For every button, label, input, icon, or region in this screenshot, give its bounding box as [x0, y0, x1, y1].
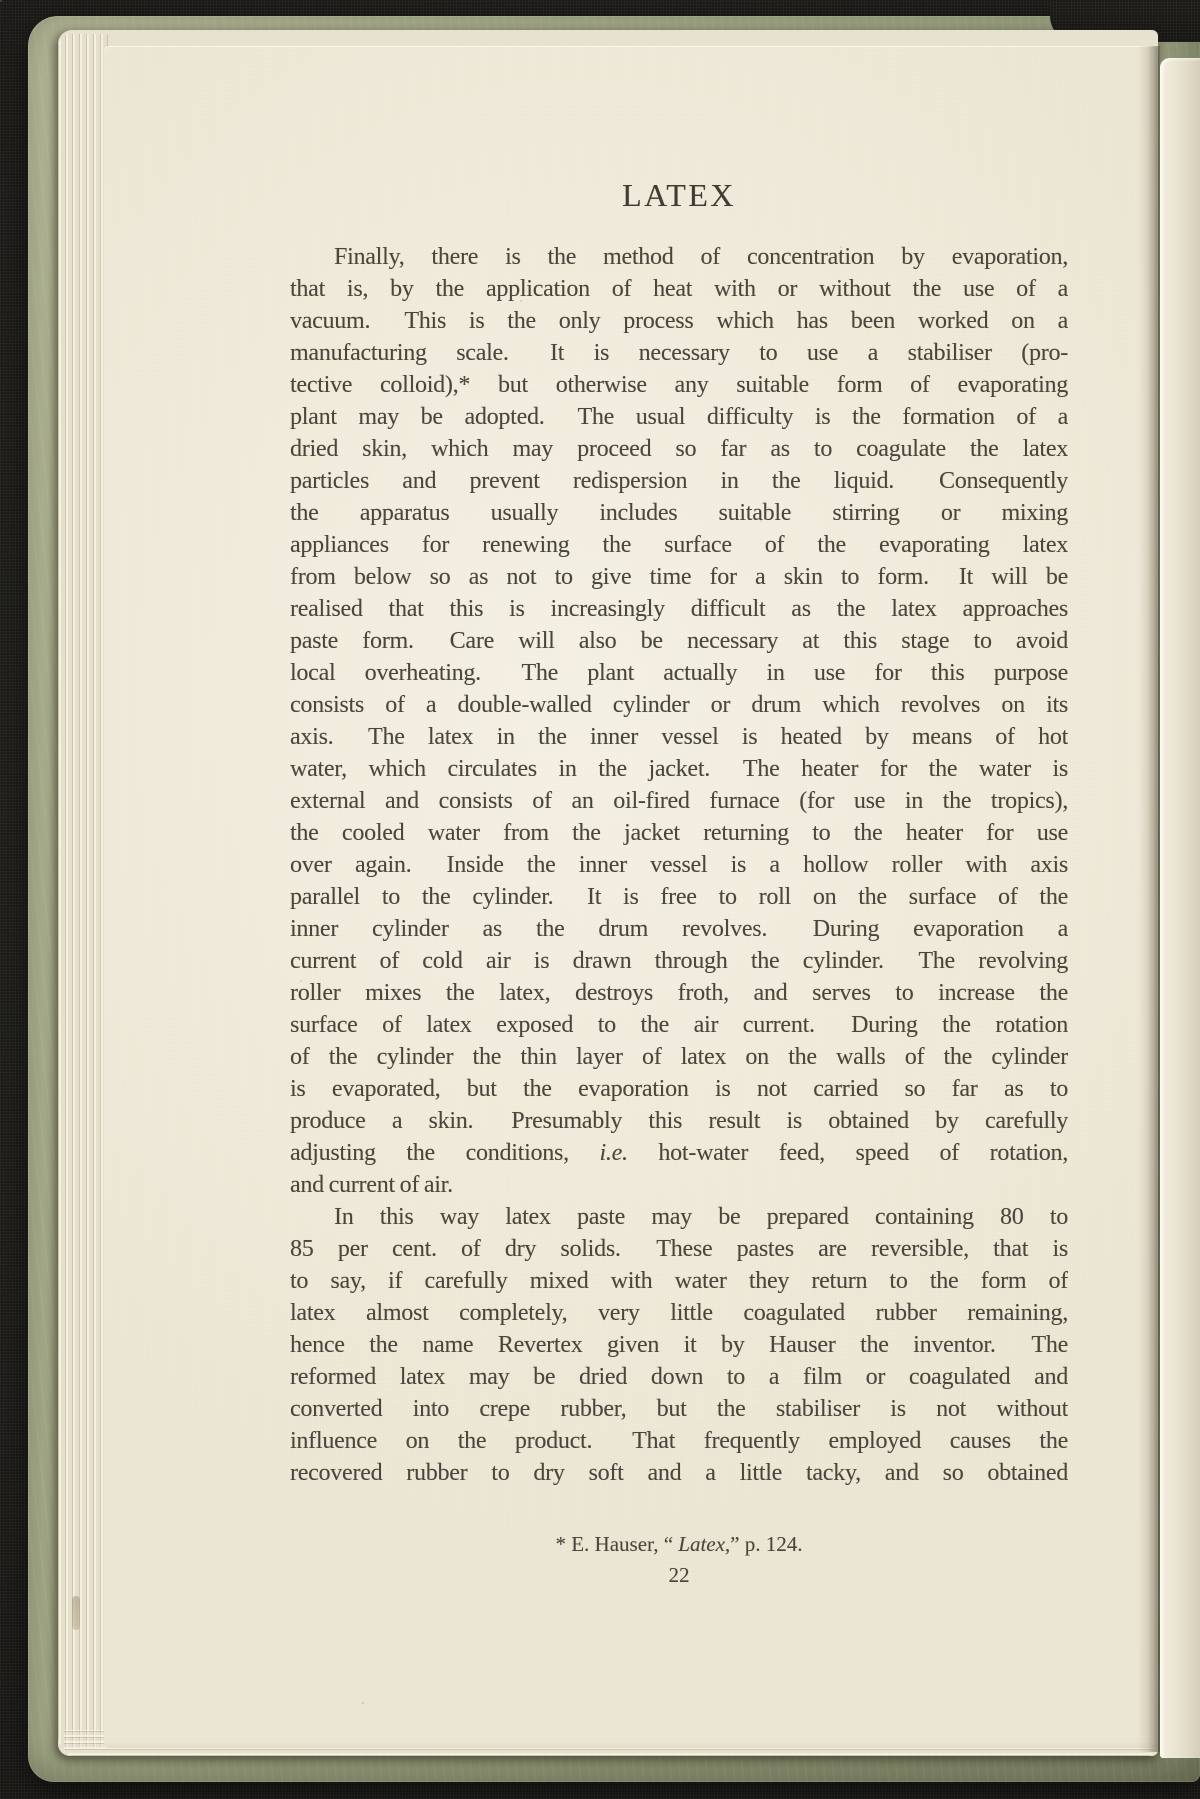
paper-speckles — [0, 0, 2, 2]
text-line: manufacturing scale. It is necessary to … — [290, 337, 1068, 369]
text-line: that is, by the application of heat with… — [290, 273, 1068, 305]
footnote-text-prefix: E. Hauser, “ — [566, 1532, 678, 1556]
text-line: vacuum. This is the only process which h… — [290, 305, 1068, 337]
text-line: axis. The latex in the inner vessel is h… — [290, 721, 1068, 753]
page-heading: LATEX — [290, 178, 1068, 212]
text-line: In this way latex paste may be prepared … — [290, 1201, 1068, 1233]
gutter-crease-shadow — [1138, 46, 1160, 1752]
text-line: latex almost completely, very little coa… — [290, 1297, 1068, 1329]
text-line: over again. Inside the inner vessel is a… — [290, 849, 1068, 881]
text-line: influence on the product. That frequentl… — [290, 1425, 1068, 1457]
text-line: Finally, there is the method of concentr… — [290, 241, 1068, 273]
next-page-edge — [1160, 58, 1200, 1758]
text-line: to say, if carefully mixed with water th… — [290, 1265, 1068, 1297]
text-line: the apparatus usually includes suitable … — [290, 497, 1068, 529]
text-line: external and consists of an oil-fired fu… — [290, 785, 1068, 817]
text-line: water, which circulates in the jacket. T… — [290, 753, 1068, 785]
text-line: consists of a double-walled cylinder or … — [290, 689, 1068, 721]
text-line: reformed latex may be dried down to a fi… — [290, 1361, 1068, 1393]
text-line: of the cylinder the thin layer of latex … — [290, 1041, 1068, 1073]
body-text: Finally, there is the method of concentr… — [290, 241, 1068, 1489]
text-line: recovered rubber to dry soft and a littl… — [290, 1457, 1068, 1489]
text-line: adjusting the conditions, i.e. hot-water… — [290, 1137, 1068, 1169]
text-line: and current of air. — [290, 1169, 1068, 1201]
footnote-marker: * — [555, 1532, 566, 1556]
text-line: inner cylinder as the drum revolves. Dur… — [290, 913, 1068, 945]
text-line: 85 per cent. of dry solids. These pastes… — [290, 1233, 1068, 1265]
text-line: converted into crepe rubber, but the sta… — [290, 1393, 1068, 1425]
text-line: current of cold air is drawn through the… — [290, 945, 1068, 977]
text-line: from below so as not to give time for a … — [290, 561, 1068, 593]
page-number: 22 — [290, 1562, 1068, 1588]
text-line: tective colloid),* but otherwise any sui… — [290, 369, 1068, 401]
text-line: paste form. Care will also be necessary … — [290, 625, 1068, 657]
footnote-text-suffix: ,” p. 124. — [725, 1532, 803, 1556]
text-line: local overheating. The plant actually in… — [290, 657, 1068, 689]
text-line: plant may be adopted. The usual difficul… — [290, 401, 1068, 433]
scanned-book-photo: LATEX Finally, there is the method of co… — [0, 0, 1200, 1799]
text-line: the cooled water from the jacket returni… — [290, 817, 1068, 849]
text-line: appliances for renewing the surface of t… — [290, 529, 1068, 561]
text-line: surface of latex exposed to the air curr… — [290, 1009, 1068, 1041]
page-blemish — [72, 1596, 80, 1630]
text-column: LATEX Finally, there is the method of co… — [290, 0, 1068, 1799]
text-line: produce a skin. Presumably this result i… — [290, 1105, 1068, 1137]
text-line: roller mixes the latex, destroys froth, … — [290, 977, 1068, 1009]
text-line: parallel to the cylinder. It is free to … — [290, 881, 1068, 913]
text-line: dried skin, which may proceed so far as … — [290, 433, 1068, 465]
text-line: hence the name Revertex given it by Haus… — [290, 1329, 1068, 1361]
footnote-book-title: Latex — [678, 1532, 725, 1556]
text-line: realised that this is increasingly diffi… — [290, 593, 1068, 625]
text-line: is evaporated, but the evaporation is no… — [290, 1073, 1068, 1105]
footnote: * E. Hauser, “ Latex,” p. 124. — [290, 1531, 1068, 1557]
text-line: particles and prevent redispersion in th… — [290, 465, 1068, 497]
